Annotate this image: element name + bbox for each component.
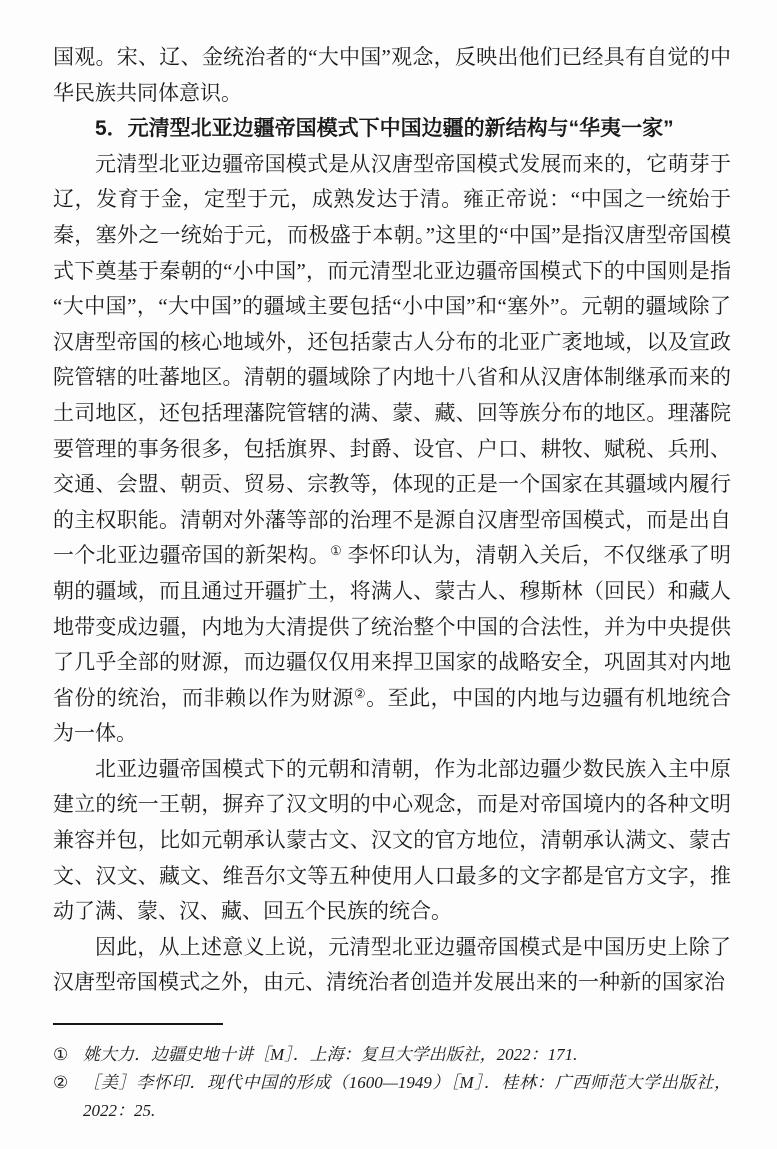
footnote-ref-1: ① (330, 543, 342, 558)
paragraph-1: 元清型北亚边疆帝国模式是从汉唐型帝国模式发展而来的，它萌芽于辽，发育于金，定型于… (53, 147, 731, 752)
paragraph-1-segment-1: 元清型北亚边疆帝国模式是从汉唐型帝国模式发展而来的，它萌芽于辽，发育于金，定型于… (53, 152, 731, 568)
continuation-paragraph: 国观。宋、辽、金统治者的“大中国”观念，反映出他们已经具有自觉的中华民族共同体意… (53, 40, 731, 111)
footnote-2: ② ［美］李怀印．现代中国的形成（1600—1949）［M］．桂林：广西师范大学… (53, 1069, 731, 1125)
paragraph-2: 北亚边疆帝国模式下的元朝和清朝，作为北部边疆少数民族入主中原建立的统一王朝，摒弃… (53, 752, 731, 930)
footnote-1: ① 姚大力．边疆史地十讲［M］．上海：复旦大学出版社，2022：171. (53, 1041, 731, 1069)
footnote-ref-2: ② (354, 686, 366, 701)
footnote-2-marker: ② (53, 1069, 83, 1097)
footnote-1-text: 姚大力．边疆史地十讲［M］．上海：复旦大学出版社，2022：171. (83, 1041, 731, 1069)
book-page: 国观。宋、辽、金统治者的“大中国”观念，反映出他们已经具有自觉的中华民族共同体意… (0, 0, 777, 1149)
footnote-1-marker: ① (53, 1041, 83, 1069)
footnote-2-text: ［美］李怀印．现代中国的形成（1600—1949）［M］．桂林：广西师范大学出版… (83, 1069, 731, 1125)
footnote-divider (53, 1023, 223, 1025)
paragraph-3: 因此，从上述意义上说，元清型北亚边疆帝国模式是中国历史上除了汉唐型帝国模式之外，… (53, 930, 731, 1001)
section-heading: 5．元清型北亚边疆帝国模式下中国边疆的新结构与“华夷一家” (53, 111, 731, 147)
body-text-block: 国观。宋、辽、金统治者的“大中国”观念，反映出他们已经具有自觉的中华民族共同体意… (53, 40, 731, 1001)
footnotes-section: ① 姚大力．边疆史地十讲［M］．上海：复旦大学出版社，2022：171. ② ［… (53, 1023, 731, 1125)
